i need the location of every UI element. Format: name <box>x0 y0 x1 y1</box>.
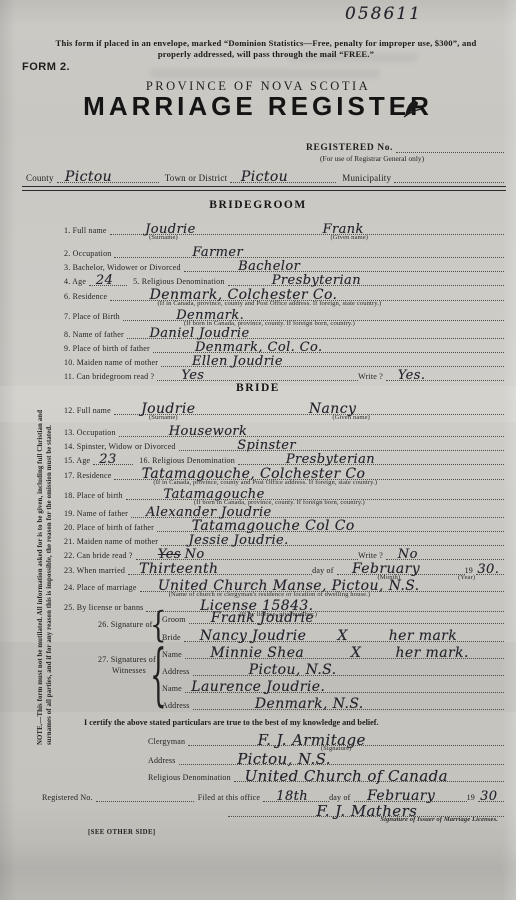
witness1-name: Minnie Shea <box>210 647 304 660</box>
surname-caption: (Surname) <box>149 234 178 241</box>
dotted-line: Denmark, Colchester Co. (If in Canada, p… <box>110 287 504 301</box>
dotted-line: Yes <box>157 367 358 381</box>
groom-denomination: Presbyterian <box>272 274 361 287</box>
write-label: Write ? <box>358 372 386 381</box>
denomination-value: United Church of Canada <box>245 770 448 783</box>
bride-heading: BRIDE <box>0 382 516 394</box>
dotted-line: Frank Joudrie <box>189 610 504 624</box>
field-label: 17. Residence <box>64 471 114 480</box>
dotted-line <box>96 788 194 802</box>
groom-can-read: Yes <box>181 369 204 382</box>
witness1-mark-x: X <box>351 647 361 660</box>
form-number: FORM 2. <box>22 61 70 73</box>
day-of-label: day of <box>329 793 353 802</box>
dotted-line: Pictou, N.S. <box>193 662 504 676</box>
dotted-line: 23 <box>93 451 133 465</box>
dotted-line: F. J. Armitage (Signature) <box>188 732 504 746</box>
field-label: 12. Full name <box>64 406 114 415</box>
dotted-line: Daniel Joudrie <box>127 325 504 339</box>
dotted-line: Laurence Joudrie. <box>185 679 504 693</box>
issuer-caption: Signature of Issuer of Marriage Licenses… <box>380 816 498 823</box>
dotted-line: Farmer <box>114 244 504 258</box>
field-1-full-name: 1. Full name Joudrie Frank (Surname) (Gi… <box>64 222 504 235</box>
dotted-line: Ellen Joudrie <box>161 353 504 367</box>
denomination-row: Religious Denomination United Church of … <box>148 769 504 782</box>
witness1-name-row: Name Minnie Shea X her mark. <box>162 646 504 659</box>
mail-notice-line1: This form if placed in an envelope, mark… <box>30 38 502 49</box>
field-20-father-birthplace: 20. Place of birth of father Tatamagouch… <box>64 519 504 532</box>
field-14-marital-status: 14. Spinster, Widow or Divorced Spinster <box>64 438 504 451</box>
witness2-name: Laurence Joudrie. <box>191 681 325 694</box>
field-13-occupation: 13. Occupation Housework <box>64 424 504 437</box>
dotted-line: Yes. <box>386 367 504 381</box>
name-label: Name <box>162 684 185 693</box>
field-label: 24. Place of marriage <box>64 583 140 592</box>
issuer-signature-row: F. J. Mathers Signature of Issuer of Mar… <box>228 804 504 817</box>
dotted-line: United Church Manse, Pictou, N.S. (Name … <box>140 578 504 592</box>
bride-denomination: Presbyterian <box>286 453 375 466</box>
scan-edge-shadow <box>0 0 16 900</box>
field-19-father-name: 19. Name of father Alexander Joudrie <box>64 505 504 518</box>
field-label: 22. Can bride read ? <box>64 551 136 560</box>
field-21-mother-name: 21. Maiden name of mother Jessie Joudrie… <box>64 533 504 546</box>
bride-signature: Nancy Joudrie <box>200 630 307 643</box>
dotted-line: Presbyterian <box>238 451 504 465</box>
bridegroom-heading: BRIDEGROOM <box>0 199 516 211</box>
address-label: Address <box>162 701 193 710</box>
nineteen-label: 19 <box>467 793 478 802</box>
field-label: 23. When married <box>64 566 128 575</box>
dotted-line: Spinster <box>179 437 504 451</box>
dotted-line: Denmark, N.S. <box>193 696 504 710</box>
dotted-line: 30 <box>478 788 504 802</box>
certify-statement: I certify the above stated particulars a… <box>84 718 379 727</box>
ink-flourish-icon <box>400 97 424 121</box>
page-title: MARRIAGE REGISTER <box>0 91 516 122</box>
dotted-line: Tatamagouche, Colchester Co (If in Canad… <box>114 466 504 480</box>
groom-label: Groom <box>162 615 189 624</box>
dotted-line: Denmark, Col. Co. <box>153 339 504 353</box>
address-label: Address <box>162 667 193 676</box>
field-label: 5. Religious Denomination <box>127 277 227 286</box>
marriage-register-scan: 058611 This form if placed in an envelop… <box>0 0 516 900</box>
field-label: 3. Bachelor, Widower or Divorced <box>64 263 184 272</box>
field-7-place-of-birth: 7. Place of Birth Denmark. (If born in C… <box>64 308 504 321</box>
name-label: Name <box>162 650 185 659</box>
town-value: Pictou <box>241 171 288 184</box>
margin-note-line1: NOTE.—This form must not be mutilated. A… <box>36 283 45 745</box>
field-label: 4. Age <box>64 277 89 286</box>
field-label: 21. Maiden name of mother <box>64 537 161 546</box>
filed-day: 18th <box>276 790 308 803</box>
filed-row: Registered No. Filed at this office 18th… <box>42 789 504 802</box>
serial-number: 058611 <box>345 4 422 24</box>
clergyman-label: Clergyman <box>148 737 188 746</box>
witness1-address-row: Address Pictou, N.S. <box>162 663 504 676</box>
town-line: Pictou <box>230 169 336 183</box>
registered-no-label: Registered No. <box>42 793 96 802</box>
address-label: Address <box>148 756 179 765</box>
ink-showthrough <box>150 69 380 78</box>
witness1-mark-note: her mark. <box>396 647 469 660</box>
dotted-line: Yes No <box>136 546 359 560</box>
field-label: 13. Occupation <box>64 428 119 437</box>
dotted-line: Tatamagouche Col Co <box>157 518 504 532</box>
mail-notice: This form if placed in an envelope, mark… <box>30 38 502 59</box>
margin-note: NOTE.—This form must not be mutilated. A… <box>36 283 54 745</box>
dotted-line: 18th <box>263 788 329 802</box>
marriage-day: Thirteenth <box>139 563 218 576</box>
see-other-side-note: [SEE OTHER SIDE] <box>88 829 156 836</box>
section-divider <box>22 186 506 191</box>
clergyman-row: Clergyman F. J. Armitage (Signature) <box>148 733 504 746</box>
dotted-line: Tatamagouche (If born in Canada, provinc… <box>126 486 504 500</box>
dotted-line: Minnie Shea X her mark. <box>185 645 504 659</box>
field-label: 11. Can bridegroom read ? <box>64 372 157 381</box>
witness2-address-row: Address Denmark, N.S. <box>162 697 504 710</box>
field-label: 20. Place of birth of father <box>64 523 157 532</box>
county-row: County Pictou Town or District Pictou Mu… <box>26 168 504 183</box>
field-6-residence: 6. Residence Denmark, Colchester Co. (If… <box>64 288 504 301</box>
county-line: Pictou <box>57 169 159 183</box>
field-label: 7. Place of Birth <box>64 312 123 321</box>
given-name-caption: (Given name) <box>332 414 370 421</box>
field-label: 18. Place of birth <box>64 491 126 500</box>
mail-notice-line2: properly addressed, will pass through th… <box>30 49 502 60</box>
residence-caption: (If in Canada, province, county and Post… <box>158 300 382 307</box>
margin-note-line2: surnames of all parties, and if for any … <box>45 283 54 745</box>
field-4-5-age-denomination: 4. Age 24 5. Religious Denomination Pres… <box>64 273 504 286</box>
dotted-line: Nancy Joudrie X her mark <box>184 628 504 642</box>
field-2-occupation: 2. Occupation Farmer <box>64 245 504 258</box>
dotted-line: Joudrie Frank (Surname) (Given name) <box>110 221 504 235</box>
denomination-label: Religious Denomination <box>148 773 234 782</box>
residence-caption: (If in Canada, province, county and Post… <box>153 479 377 486</box>
field-22-can-read-write: 22. Can bride read ? Yes No Write ? No <box>64 547 504 560</box>
field-23-when-married: 23. When married Thirteenth day of Febru… <box>64 562 504 575</box>
bride-can-read-no: No <box>185 548 205 561</box>
field-label: 6. Residence <box>64 292 110 301</box>
field-label: 25. By license or banns <box>64 603 146 612</box>
field-24-place-of-marriage: 24. Place of marriage United Church Mans… <box>64 579 504 592</box>
bride-age: 23 <box>99 453 116 466</box>
bride-mark-x: X <box>337 630 347 643</box>
dotted-line: Pictou, N.S. <box>179 751 504 765</box>
marriage-year: 30. <box>477 563 499 576</box>
field-label: 19. Name of father <box>64 509 131 518</box>
dotted-line: Denmark. (If born in Canada, province, c… <box>123 307 504 321</box>
field-18-place-of-birth: 18. Place of birth Tatamagouche (If born… <box>64 487 504 500</box>
field-3-marital-status: 3. Bachelor, Widower or Divorced Bachelo… <box>64 259 504 272</box>
dotted-line: Thirteenth <box>128 561 312 575</box>
dotted-line: Jessie Joudrie. <box>161 532 504 546</box>
registered-no-field: REGISTERED No. <box>306 140 504 153</box>
town-label: Town or District <box>159 174 231 183</box>
field-label: 2. Occupation <box>64 249 114 258</box>
field-27-label2: Witnesses <box>112 666 149 675</box>
bride-can-write: No <box>398 548 418 561</box>
filed-year: 30 <box>480 790 497 803</box>
dotted-line <box>396 139 504 153</box>
field-17-residence: 17. Residence Tatamagouche, Colchester C… <box>64 467 504 480</box>
groom-signature: Frank Joudrie <box>211 612 314 625</box>
witness2-name-row: Name Laurence Joudrie. <box>162 680 504 693</box>
field-9-father-birthplace: 9. Place of birth of father Denmark, Col… <box>64 340 504 353</box>
clergyman-address: Pictou, N.S. <box>237 753 331 766</box>
write-label: Write ? <box>358 551 386 560</box>
dotted-line: Joudrie Nancy (Surname) (Given name) <box>114 401 504 415</box>
field-label: 9. Place of birth of father <box>64 344 153 353</box>
field-label: 1. Full name <box>64 226 110 235</box>
dotted-line: Bachelor <box>184 258 504 272</box>
field-label: 15. Age <box>64 456 93 465</box>
groom-age: 24 <box>96 274 113 287</box>
field-label: 8. Name of father <box>64 330 127 339</box>
registered-no-label: REGISTERED No. <box>306 144 396 153</box>
field-15-16-age-denomination: 15. Age 23 16. Religious Denomination Pr… <box>64 452 504 465</box>
bride-mark-note: her mark <box>389 630 457 643</box>
signature-bride-row: Bride Nancy Joudrie X her mark <box>162 629 504 642</box>
municipality-line <box>394 169 504 183</box>
field-12-full-name: 12. Full name Joudrie Nancy (Surname) (G… <box>64 402 504 415</box>
given-name-caption: (Given name) <box>330 234 368 241</box>
field-label: 10. Maiden name of mother <box>64 358 161 367</box>
place-caption: (Name of church or clergyman's residence… <box>169 591 370 598</box>
dotted-line: 30. (Year) <box>476 561 504 575</box>
dotted-line: No <box>386 546 504 560</box>
signature-groom-row: Groom Frank Joudrie <box>162 611 504 624</box>
municipality-label: Municipality <box>336 174 394 183</box>
dotted-line: February <box>354 788 467 802</box>
dotted-line: Alexander Joudrie <box>131 504 504 518</box>
scan-edge-highlight <box>502 0 516 900</box>
day-of-label: day of <box>312 566 336 575</box>
witness1-address: Pictou, N.S. <box>249 664 337 677</box>
registrar-only-note: (For use of Registrar General only) <box>320 154 424 163</box>
field-10-mother-name: 10. Maiden name of mother Ellen Joudrie <box>64 354 504 367</box>
dotted-line: United Church of Canada <box>234 768 504 782</box>
bride-can-read-yes: Yes <box>158 548 181 561</box>
dotted-line: 24 <box>89 272 127 286</box>
county-label: County <box>26 174 57 183</box>
field-26-label: 26. Signature of <box>98 620 156 629</box>
county-value: Pictou <box>65 171 112 184</box>
dotted-line: Presbyterian <box>228 272 504 286</box>
groom-can-write: Yes. <box>398 369 426 382</box>
dotted-line: February (Month) <box>337 561 465 575</box>
field-label: 14. Spinster, Widow or Divorced <box>64 442 179 451</box>
field-8-father-name: 8. Name of father Daniel Joudrie <box>64 326 504 339</box>
witness2-address: Denmark, N.S. <box>255 698 364 711</box>
clergyman-address-row: Address Pictou, N.S. <box>148 752 504 765</box>
dotted-line: F. J. Mathers Signature of Issuer of Mar… <box>228 803 504 817</box>
dotted-line: Housework <box>119 423 504 437</box>
field-11-can-read-write: 11. Can bridegroom read ? Yes Write ? Ye… <box>64 368 504 381</box>
filed-label: Filed at this office <box>194 793 263 802</box>
surname-caption: (Surname) <box>149 414 178 421</box>
field-label: 16. Religious Denomination <box>133 456 238 465</box>
